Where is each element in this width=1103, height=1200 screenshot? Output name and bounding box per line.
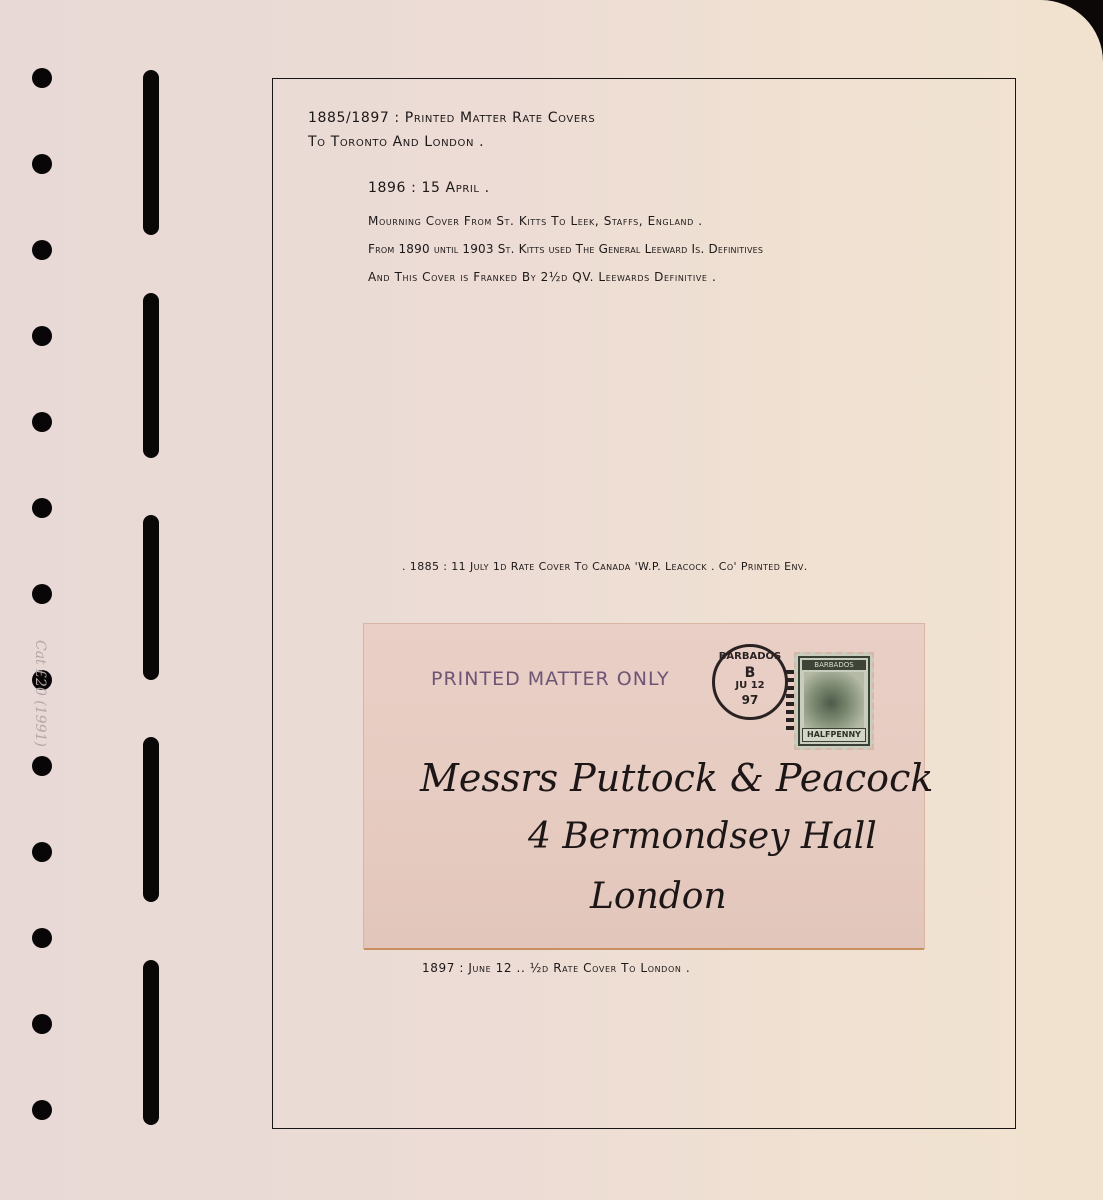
binder-round-hole	[32, 756, 52, 776]
binder-slot	[143, 960, 159, 1125]
binder-round-hole	[32, 928, 52, 948]
binder-round-hole	[32, 842, 52, 862]
section-1897-caption: 1897 : June 12 .. ½d Rate Cover To Londo…	[422, 961, 690, 975]
postmark-date: JU 12	[715, 680, 785, 691]
stamp-value: HALFPENNY	[802, 728, 866, 742]
binder-slot	[143, 293, 159, 458]
binder-round-hole	[32, 240, 52, 260]
pencil-catalogue-note: Cat £20 (1991)	[32, 640, 48, 747]
stamp-country: BARBADOS	[802, 660, 866, 670]
binder-round-hole	[32, 68, 52, 88]
barbados-postmark: BARBADOS B JU 12 97	[712, 644, 788, 720]
postmark-year: 97	[715, 693, 785, 707]
binder-slot	[143, 515, 159, 680]
header-line-2: To Toronto And London .	[308, 134, 484, 150]
printed-matter-handstamp: PRINTED MATTER ONLY	[431, 668, 670, 690]
address-line-1: Messrs Puttock & Peacock	[420, 756, 933, 800]
postmark-code: B	[715, 665, 785, 681]
section-1896-line-2: From 1890 until 1903 St. Kitts used The …	[368, 242, 763, 256]
binder-round-hole	[32, 154, 52, 174]
britannia-seahorses-vignette	[804, 672, 864, 728]
section-1885-caption: . 1885 : 11 July 1d Rate Cover To Canada…	[402, 560, 808, 573]
halfpenny-stamp: BARBADOS HALFPENNY	[794, 652, 874, 750]
binder-round-hole	[32, 498, 52, 518]
binder-round-hole	[32, 1100, 52, 1120]
section-1896-line-3: And This Cover is Franked By 2½d QV. Lee…	[368, 270, 716, 284]
binder-round-hole	[32, 412, 52, 432]
binder-round-hole	[32, 1014, 52, 1034]
binder-slot	[143, 737, 159, 902]
album-page: Cat £20 (1991) 1885/1897 : Printed Matte…	[0, 0, 1103, 1200]
binder-round-hole	[32, 584, 52, 604]
address-line-3: London	[590, 876, 727, 917]
section-1896-date: 1896 : 15 April .	[368, 180, 490, 196]
section-1896-line-1: Mourning Cover From St. Kitts To Leek, S…	[368, 214, 703, 228]
header-line-1: 1885/1897 : Printed Matter Rate Covers	[308, 110, 595, 126]
cover-envelope: PRINTED MATTER ONLY BARBADOS B JU 12 97 …	[364, 624, 924, 948]
address-line-2: 4 Bermondsey Hall	[528, 816, 877, 857]
binder-slot	[143, 70, 159, 235]
binder-round-hole	[32, 326, 52, 346]
postmark-town: BARBADOS	[715, 651, 785, 662]
